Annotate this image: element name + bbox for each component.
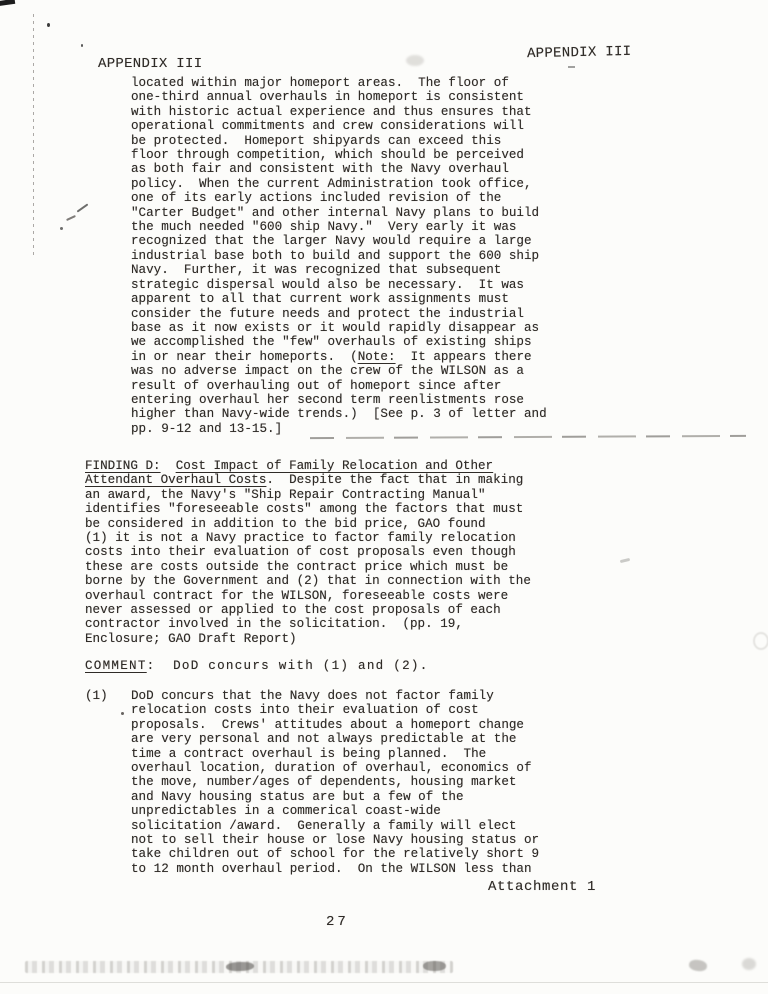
document-page: APPENDIX III APPENDIX III located within… bbox=[0, 0, 768, 994]
header-appendix-left: APPENDIX III bbox=[98, 56, 202, 72]
scan-speck bbox=[47, 23, 50, 27]
scan-dash-mark bbox=[568, 66, 575, 68]
scan-ink-blob bbox=[742, 958, 756, 970]
finding-d-section: FINDING D: Cost Impact of Family Relocat… bbox=[85, 459, 531, 646]
scan-smudge bbox=[753, 632, 768, 650]
page-number: 27 bbox=[326, 915, 349, 929]
attachment-label: Attachment 1 bbox=[488, 880, 596, 894]
scan-crease-dotted-line bbox=[33, 14, 34, 256]
scan-edge-line bbox=[0, 982, 768, 983]
item-1-text: DoD concurs that the Navy does not facto… bbox=[131, 689, 539, 876]
scan-speck bbox=[81, 44, 83, 47]
scan-smudge bbox=[406, 55, 424, 66]
scan-ink-blob bbox=[423, 961, 446, 971]
scan-noise-band bbox=[25, 961, 453, 973]
margin-pen-dot bbox=[60, 227, 63, 230]
header-appendix-right: APPENDIX III bbox=[527, 44, 632, 62]
scan-stray-dot bbox=[121, 712, 124, 715]
scan-corner-mark bbox=[0, 0, 15, 6]
scan-ink-blob bbox=[688, 959, 707, 972]
scan-ink-blob bbox=[226, 962, 254, 972]
scan-smudge bbox=[620, 558, 630, 563]
comment-line: COMMENT: DoD concurs with (1) and (2). bbox=[85, 659, 429, 673]
margin-pen-mark bbox=[66, 215, 76, 221]
margin-pen-mark bbox=[77, 203, 89, 212]
body-paragraph: located within major homeport areas. The… bbox=[131, 76, 547, 436]
item-1-marker: (1) bbox=[85, 689, 108, 703]
